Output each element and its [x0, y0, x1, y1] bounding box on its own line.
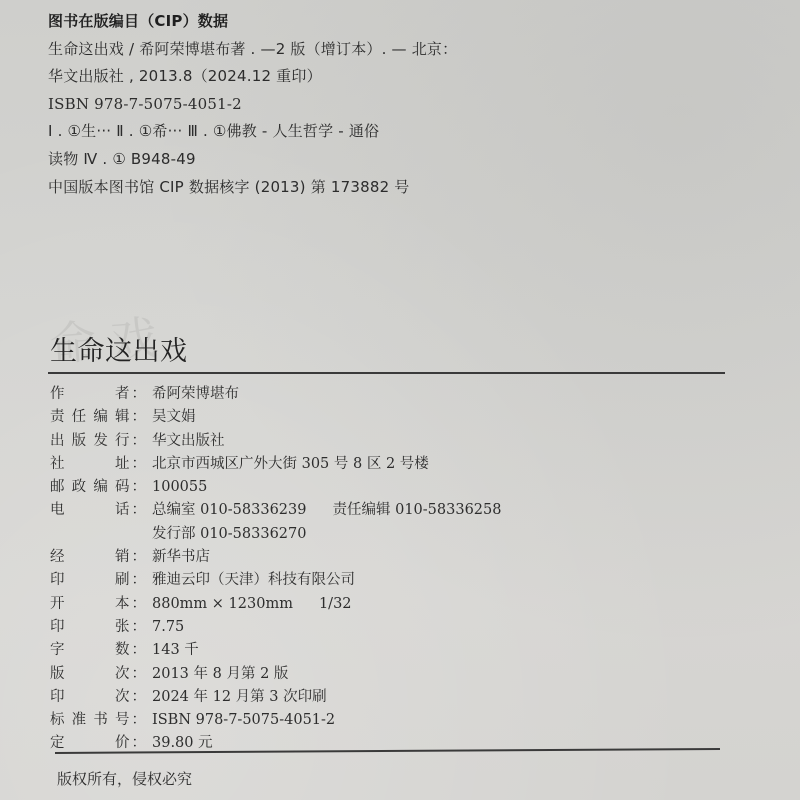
info-row-author: 作者：希阿荣博堪布	[50, 382, 670, 405]
info-value: 2024 年 12 月第 3 次印刷	[146, 685, 327, 706]
info-value-secondary: 1/32	[319, 596, 352, 612]
info-value-text: 7.75	[152, 619, 184, 635]
cip-line-record-number: 中国版本图书馆 CIP 数据核字 (2013) 第 173882 号	[48, 174, 608, 202]
info-label-char: 社	[50, 452, 65, 473]
info-label-colon: ：	[131, 409, 146, 425]
info-value: 希阿荣博堪布	[146, 382, 239, 403]
info-row-phone: 电话：总编室 010-58336239责任编辑 010-58336258	[50, 498, 670, 521]
info-value: 发行部 010-58336270	[146, 522, 307, 543]
info-value-text: 北京市西城区广外大街 305 号 8 区 2 号楼	[152, 456, 429, 472]
cip-line-isbn: ISBN 978-7-5075-4051-2	[48, 91, 608, 119]
info-label: 出版发行：	[50, 429, 146, 450]
info-label: 责任编辑：	[50, 405, 146, 426]
info-label-colon: ：	[132, 549, 147, 565]
info-label-char: 准	[72, 708, 87, 729]
info-label: 印张：	[50, 615, 146, 636]
info-label: 标准书号：	[50, 708, 146, 729]
info-row-format: 开本：880mm × 1230mm1/32	[50, 592, 670, 615]
info-label-colon: ：	[131, 712, 146, 728]
info-label-char: 本：	[115, 592, 146, 613]
cip-heading: 图书在版编目（CIP）数据	[48, 8, 608, 36]
info-value-text: 2024 年 12 月第 3 次印刷	[152, 689, 327, 705]
info-label-char: 刷：	[115, 568, 146, 589]
info-label-colon: ：	[131, 433, 146, 449]
info-label-colon: ：	[132, 596, 147, 612]
info-row-isbn: 标准书号：ISBN 978-7-5075-4051-2	[50, 708, 670, 731]
info-label-char: 者：	[115, 382, 146, 403]
info-value-secondary: 责任编辑 010-58336258	[333, 502, 502, 518]
info-row-printing: 印次：2024 年 12 月第 3 次印刷	[50, 685, 670, 708]
info-value: 143 千	[146, 638, 199, 659]
info-value-text: 吴文娟	[152, 409, 196, 425]
info-value-text: 希阿荣博堪布	[152, 386, 239, 402]
info-label-char: 电	[50, 498, 65, 519]
info-value: 吴文娟	[146, 405, 196, 426]
info-label: 电话：	[50, 498, 146, 519]
book-title: 生命这出戏	[50, 336, 188, 368]
info-row-printed-sheets: 印张：7.75	[50, 615, 670, 638]
info-label-char: 责	[50, 405, 65, 426]
info-value: 雅迪云印（天津）科技有限公司	[146, 568, 355, 589]
info-label-char: 话：	[115, 498, 146, 519]
info-value: 880mm × 1230mm1/32	[146, 596, 352, 612]
info-label-char: 邮	[50, 475, 65, 496]
info-label-char: 发	[93, 429, 108, 450]
info-value: 7.75	[146, 619, 184, 635]
info-label-char: 字	[50, 638, 65, 659]
info-value-text: 华文出版社	[152, 433, 225, 449]
info-label-char: 作	[50, 382, 65, 403]
info-label: 版次：	[50, 662, 146, 683]
info-label: 字数：	[50, 638, 146, 659]
info-label-char: 印	[50, 615, 65, 636]
info-label-char: 出	[50, 429, 65, 450]
title-divider	[48, 372, 725, 374]
info-row-edition: 版次：2013 年 8 月第 2 版	[50, 662, 670, 685]
info-value-text: 2013 年 8 月第 2 版	[152, 666, 288, 682]
info-label-char: 址：	[115, 452, 146, 473]
copyright-page: 图书在版编目（CIP）数据 生命这出戏 / 希阿荣博堪布著 . —2 版（增订本…	[0, 0, 800, 800]
info-label-colon: ：	[132, 456, 147, 472]
info-value: 华文出版社	[146, 429, 225, 450]
info-value: 100055	[146, 479, 207, 495]
info-label-colon: ：	[132, 502, 147, 518]
info-row-editor: 责任编辑：吴文娟	[50, 405, 670, 428]
info-value-text: ISBN 978-7-5075-4051-2	[152, 712, 335, 728]
cip-line-classification: 读物 Ⅳ . ① B948-49	[48, 146, 608, 174]
cip-data-block: 图书在版编目（CIP）数据 生命这出戏 / 希阿荣博堪布著 . —2 版（增订本…	[48, 8, 608, 201]
info-label-char: 印	[50, 685, 65, 706]
cip-line-subjects: Ⅰ . ①生··· Ⅱ . ①希··· Ⅲ . ①佛教 - 人生哲学 - 通俗	[48, 118, 608, 146]
info-label-char: 标	[50, 708, 65, 729]
info-value-text: 880mm × 1230mm	[152, 596, 293, 612]
info-value: 39.80 元	[146, 731, 213, 752]
info-label-char: 数：	[115, 638, 146, 659]
info-label-char: 销：	[115, 545, 146, 566]
info-label-colon: ：	[132, 619, 147, 635]
info-label-char: 书	[93, 708, 108, 729]
info-label-colon: ：	[132, 689, 147, 705]
info-label-char: 任	[72, 405, 87, 426]
info-row-printer: 印刷：雅迪云印（天津）科技有限公司	[50, 568, 670, 591]
cip-line-title: 生命这出戏 / 希阿荣博堪布著 . —2 版（增订本）. — 北京：	[48, 36, 608, 64]
info-label-colon: ：	[132, 572, 147, 588]
info-label-char: 行：	[115, 429, 146, 450]
info-row-word-count: 字数：143 千	[50, 638, 670, 661]
info-label-char: 编	[93, 405, 108, 426]
info-label: 定价：	[50, 731, 146, 752]
info-row-phone-distribution: 发行部 010-58336270	[50, 522, 670, 545]
info-value-text: 100055	[152, 479, 207, 495]
info-label-char: 版	[72, 429, 87, 450]
info-label-char: 次：	[115, 685, 146, 706]
info-label-char: 印	[50, 568, 65, 589]
info-label-colon: ：	[132, 735, 147, 751]
info-label: 作者：	[50, 382, 146, 403]
info-label-char: 次：	[115, 662, 146, 683]
info-label: 经销：	[50, 545, 146, 566]
publication-info: 作者：希阿荣博堪布责任编辑：吴文娟出版发行：华文出版社社址：北京市西城区广外大街…	[50, 382, 670, 755]
info-label-colon: ：	[132, 642, 147, 658]
copyright-notice: 版权所有，侵权必究	[57, 768, 192, 789]
info-label-char: 版	[50, 662, 65, 683]
info-label-char: 政	[72, 475, 87, 496]
info-value: 总编室 010-58336239责任编辑 010-58336258	[146, 498, 502, 519]
info-row-publisher: 出版发行：华文出版社	[50, 429, 670, 452]
info-label: 开本：	[50, 592, 146, 613]
info-value: 新华书店	[146, 545, 210, 566]
info-label-char: 辑：	[115, 405, 146, 426]
info-label: 邮政编码：	[50, 475, 146, 496]
info-value-text: 新华书店	[152, 549, 210, 565]
info-label-char: 张：	[115, 615, 146, 636]
info-label-char: 码：	[115, 475, 146, 496]
info-value-text: 143 千	[152, 642, 199, 658]
info-label: 社址：	[50, 452, 146, 473]
info-label-colon: ：	[132, 386, 147, 402]
info-label-colon: ：	[131, 479, 146, 495]
info-value: ISBN 978-7-5075-4051-2	[146, 712, 335, 728]
info-row-postal-code: 邮政编码：100055	[50, 475, 670, 498]
info-value: 北京市西城区广外大街 305 号 8 区 2 号楼	[146, 452, 429, 473]
info-label-char: 价：	[115, 731, 146, 752]
info-label: 印刷：	[50, 568, 146, 589]
info-value: 2013 年 8 月第 2 版	[146, 662, 288, 683]
info-label-char: 开	[50, 592, 65, 613]
info-value-text: 发行部 010-58336270	[152, 526, 307, 542]
cip-line-publisher: 华文出版社 , 2013.8（2024.12 重印）	[48, 63, 608, 91]
info-row-distributor: 经销：新华书店	[50, 545, 670, 568]
info-value-text: 雅迪云印（天津）科技有限公司	[152, 572, 355, 588]
info-label-char: 定	[50, 731, 65, 752]
info-value-text: 39.80 元	[152, 735, 213, 751]
info-label: 印次：	[50, 685, 146, 706]
info-label-char: 编	[93, 475, 108, 496]
info-label-colon: ：	[132, 666, 147, 682]
info-row-address: 社址：北京市西城区广外大街 305 号 8 区 2 号楼	[50, 452, 670, 475]
info-label-char: 经	[50, 545, 65, 566]
info-value-text: 总编室 010-58336239	[152, 502, 307, 518]
info-label-char: 号：	[115, 708, 146, 729]
